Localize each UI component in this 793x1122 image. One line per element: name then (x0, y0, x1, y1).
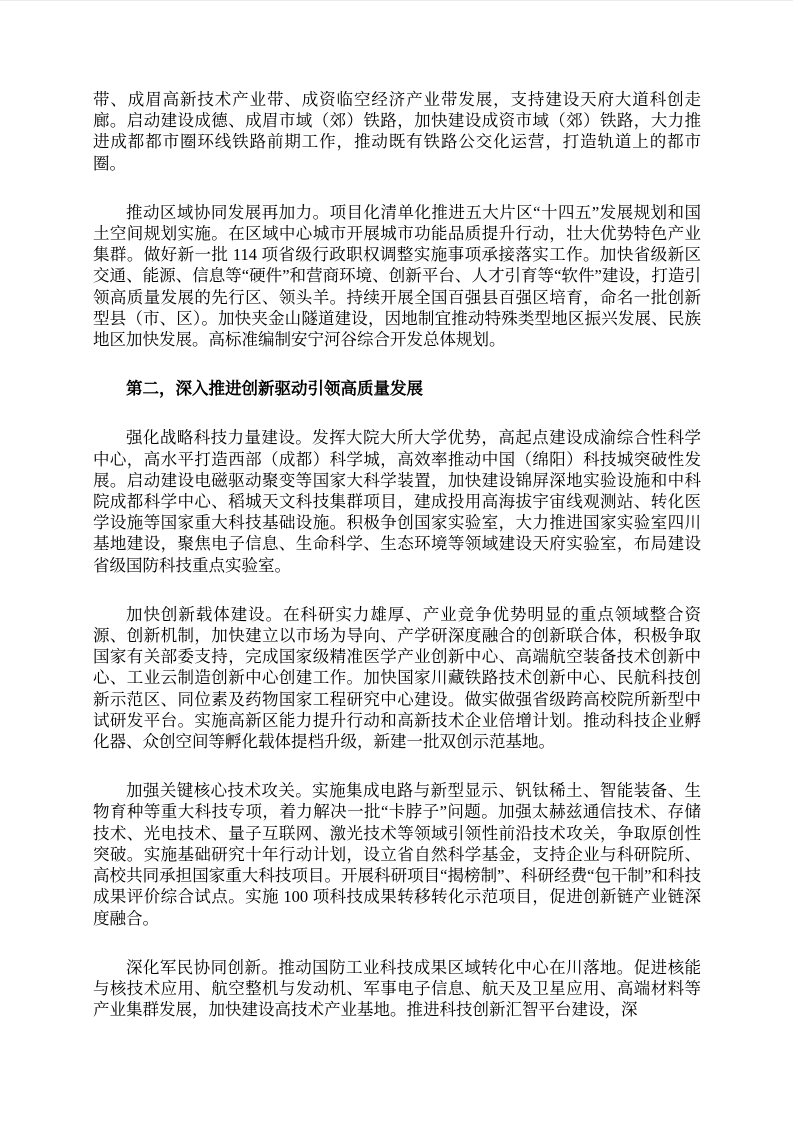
body-paragraph-continuation: 带、成眉高新技术产业带、成资临空经济产业带发展，支持建设天府大道科创走廊。启动建… (93, 89, 701, 174)
document-page: 带、成眉高新技术产业带、成资临空经济产业带发展，支持建设天府大道科创走廊。启动建… (0, 0, 793, 1122)
body-paragraph-regional-development: 推动区域协同发展再加力。项目化清单化推进五大片区“十四五”发展规划和国土空间规划… (93, 202, 701, 350)
section-heading: 第二，深入推进创新驱动引领高质量发展 (93, 378, 701, 399)
body-paragraph-military-civilian: 深化军民协同创新。推动国防工业科技成果区域转化中心在川落地。促进核能与核技术应用… (93, 957, 701, 1021)
body-paragraph-innovation-carriers: 加快创新载体建设。在科研实力雄厚、产业竞争优势明显的重点领域整合资源、创新机制，… (93, 604, 701, 752)
document-text-block: 带、成眉高新技术产业带、成资临空经济产业带发展，支持建设天府大道科创走廊。启动建… (93, 89, 701, 1048)
body-paragraph-strategic-science: 强化战略科技力量建设。发挥大院大所大学优势，高起点建设成渝综合性科学中心，高水平… (93, 427, 701, 575)
body-paragraph-key-technologies: 加强关键核心技术攻关。实施集成电路与新型显示、钒钛稀土、智能装备、生物育种等重大… (93, 780, 701, 928)
